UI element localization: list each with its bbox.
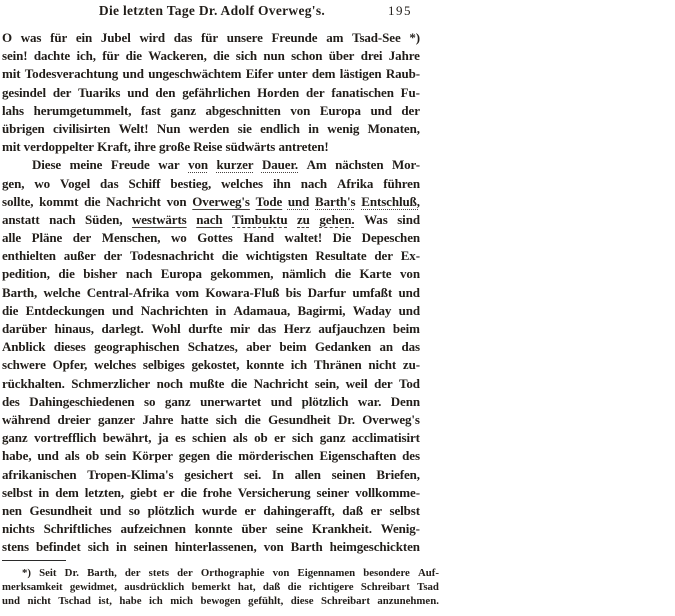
text-line: DiesemeineFreudewarvonkurzerDauer.Amnäch…: [2, 156, 420, 174]
text-line: AnblickdiesesgeographischenSchatzes,aber…: [2, 338, 420, 356]
text-line: mitTodesverachtungundungeschwächtemEifer…: [2, 65, 420, 83]
text-line: nichtsSchriftlichesaufzeichnenkonnteüber…: [2, 520, 420, 538]
text-line: mitverdoppelterKraft,ihregroßeReisesüdwä…: [2, 138, 420, 156]
text-line: *)SeitDr.Barth,derstetsderOrthographievo…: [2, 566, 439, 580]
text-line: gesindelderTuariksunddengefährlichenHord…: [2, 84, 420, 102]
text-line: desDahingeschiedenensoganzunerwartetundp…: [2, 393, 420, 411]
text-line: darüberhinaus,darlegt.WohldurftemirdasHe…: [2, 320, 420, 338]
text-line: enthieltenaußerderTodesnachrichtdiewicht…: [2, 247, 420, 265]
running-header: Die letzten Tage Dr. Adolf Overweg's. 19…: [2, 3, 422, 19]
text-line: habe,undalsobseinKörpergegendiemörderisc…: [2, 447, 420, 465]
footnote: *)SeitDr.Barth,derstetsderOrthographievo…: [2, 566, 439, 609]
page-number: 195: [388, 3, 412, 19]
page-title: Die letzten Tage Dr. Adolf Overweg's.: [2, 3, 422, 19]
paragraph: DiesemeineFreudewarvonkurzerDauer.Amnäch…: [2, 156, 420, 556]
text-line: stensbefindetsichinseinenhinterlassenen,…: [2, 538, 420, 556]
text-line: undnichtTschadist,habeichmichbewogengefü…: [2, 594, 439, 608]
paragraph: OwasfüreinJubelwirddasfürunsereFreundeam…: [2, 29, 420, 156]
text-line: OwasfüreinJubelwirddasfürunsereFreundeam…: [2, 29, 420, 47]
body-text: OwasfüreinJubelwirddasfürunsereFreundeam…: [2, 29, 420, 556]
text-line: allePlänederMenschen,woGottesHandwaltet!…: [2, 229, 420, 247]
text-line: sein!dachteich,fürdieWackeren,diesichnun…: [2, 47, 420, 65]
text-line: selbstindemletzten,giebterdiefroheVersic…: [2, 484, 420, 502]
text-line: übrigencivilisirtenWelt!Nunwerdensieendl…: [2, 120, 420, 138]
text-line: dieEntdeckungenundNachrichteninAdamaua,B…: [2, 302, 420, 320]
book-page-scan: Die letzten Tage Dr. Adolf Overweg's. 19…: [0, 0, 675, 616]
text-line: gen,woVogeldasSchiffbestieg,welchesihnna…: [2, 175, 420, 193]
text-line: Barth,welcheCentral-AfrikavomKowara-Fluß…: [2, 284, 420, 302]
text-line: rückhalten.SchmerzlichernochmußtedieNach…: [2, 375, 420, 393]
text-line: währenddreierganzerJahrehattesichdieGesu…: [2, 411, 420, 429]
footnote-separator-rule: [2, 560, 66, 561]
text-line: lahsherumgetummelt,fastganzabgeschnitten…: [2, 102, 420, 120]
text-line: sollte,kommtdieNachrichtvonOverweg'sTode…: [2, 193, 420, 211]
text-line: afrikanischenTropen-Klima'sgesichertsei.…: [2, 466, 420, 484]
text-line: ganzvortrefflichbewährt,jaesschienalsobe…: [2, 429, 420, 447]
text-line: pedition,diebishernachEuropagekommen,näm…: [2, 265, 420, 283]
text-line: anstattnachSüden,westwärtsnachTimbuktuzu…: [2, 211, 420, 229]
text-line: schwereOpfer,welchesselbigesgekostet,kon…: [2, 356, 420, 374]
text-line: merksamkeitgewidmet,ausdrücklichbemerkth…: [2, 580, 439, 594]
text-line: nenGesundheitundsoplötzlichwurdeerdahing…: [2, 502, 420, 520]
